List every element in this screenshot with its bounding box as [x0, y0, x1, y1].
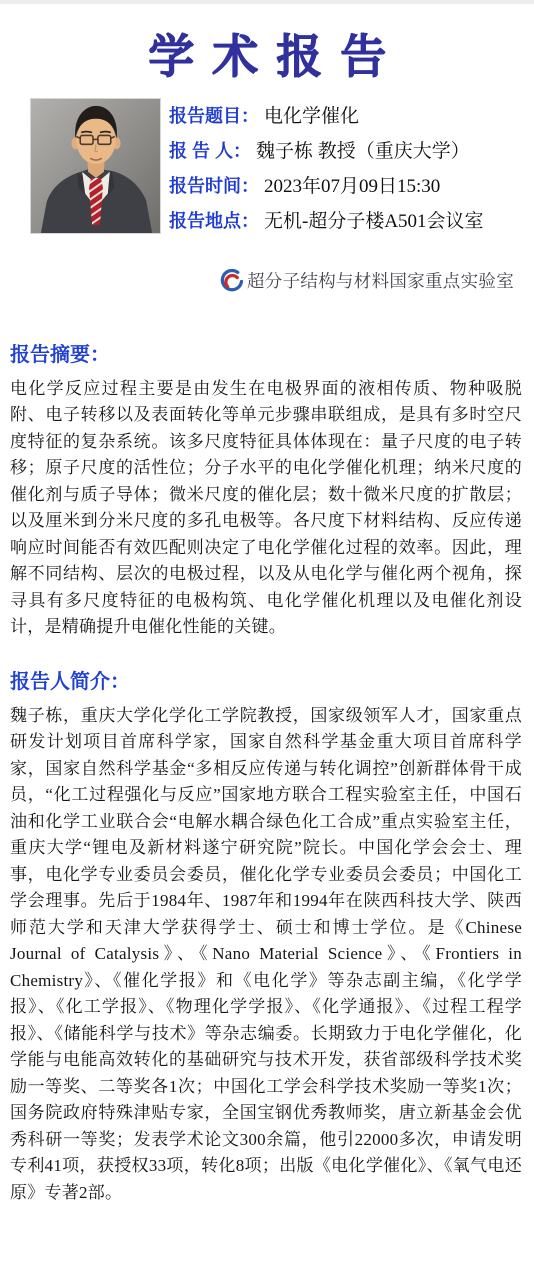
info-value-speaker: 魏子栋 教授（重庆大学） [256, 136, 470, 163]
speaker-photo [30, 98, 161, 234]
info-value-topic: 电化学催化 [264, 101, 359, 128]
lab-brand-row: 超分子结构与材料国家重点实验室 [0, 268, 514, 293]
info-value-time: 2023年07月09日15:30 [264, 171, 440, 198]
abstract-heading: 报告摘要： [10, 338, 522, 367]
info-label-topic: 报告题目： [169, 102, 259, 128]
info-label-time: 报告时间： [169, 172, 259, 198]
info-row-topic: 报告题目： 电化学催化 [169, 101, 516, 136]
bio-section: 报告人简介： 魏子栋，重庆大学化学化工学院教授，国家级领军人才，国家重点研发计划… [10, 665, 522, 1207]
info-value-location: 无机-超分子楼A501会议室 [264, 206, 484, 233]
abstract-body: 电化学反应过程主要是由发生在电极界面的液相传质、物种吸脱附、电子转移以及表面转化… [10, 376, 522, 641]
info-row-speaker: 报 告 人： 魏子栋 教授（重庆大学） [169, 136, 516, 171]
speaker-info-section: 报告题目： 电化学催化 报 告 人： 魏子栋 教授（重庆大学） 报告时间： 20… [30, 98, 516, 241]
lab-name: 超分子结构与材料国家重点实验室 [247, 268, 514, 293]
bio-body: 魏子栋，重庆大学化学化工学院教授，国家级领军人才，国家重点研发计划项目首席科学家… [10, 703, 522, 1207]
lecture-poster: 学术报告 [0, 0, 534, 1280]
info-label-location: 报告地点： [169, 207, 259, 233]
info-label-speaker: 报 告 人： [169, 137, 251, 163]
page-title: 学术报告 [0, 30, 534, 83]
info-row-time: 报告时间： 2023年07月09日15:30 [169, 171, 516, 206]
info-fields: 报告题目： 电化学催化 报 告 人： 魏子栋 教授（重庆大学） 报告时间： 20… [169, 98, 516, 241]
top-border-strip [0, 0, 534, 4]
info-row-location: 报告地点： 无机-超分子楼A501会议室 [169, 206, 516, 241]
abstract-section: 报告摘要： 电化学反应过程主要是由发生在电极界面的液相传质、物种吸脱附、电子转移… [10, 338, 522, 641]
lab-swirl-logo-icon [219, 268, 244, 293]
bio-heading: 报告人简介： [10, 665, 522, 694]
speaker-portrait-graphic [31, 99, 160, 233]
